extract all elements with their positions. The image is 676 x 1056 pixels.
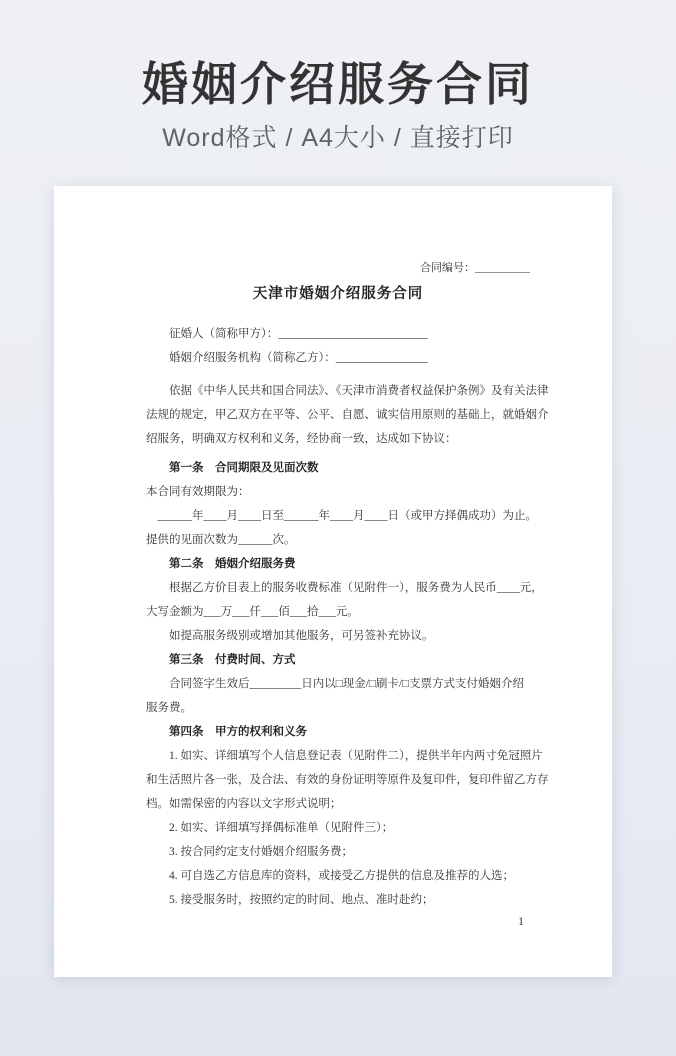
doc-line: 大写金额为___万___仟___佰___拾___元。 xyxy=(146,600,530,624)
poster-subtitle: Word格式 / A4大小 / 直接打印 xyxy=(0,118,676,154)
document-page: 合同编号：__________ 天津市婚姻介绍服务合同 征婚人（简称甲方）：__… xyxy=(54,186,612,977)
doc-line: 第四条 甲方的权利和义务 xyxy=(146,720,530,744)
poster-title: 婚姻介绍服务合同 xyxy=(0,56,676,112)
contract-number: 合同编号：__________ xyxy=(146,256,530,280)
doc-line: 4. 可自选乙方信息库的资料，或接受乙方提供的信息及推荐的人选； xyxy=(146,864,530,888)
doc-line: ______年____月____日至______年____月____日（或甲方择… xyxy=(146,504,530,528)
document-title: 天津市婚姻介绍服务合同 xyxy=(146,282,530,306)
doc-line: 如提高服务级别或增加其他服务，可另签补充协议。 xyxy=(146,624,530,648)
doc-line: 1. 如实、详细填写个人信息登记表（见附件二），提供半年内两寸免冠照片 xyxy=(146,744,530,768)
doc-line: 绍服务，明确双方权利和义务，经协商一致，达成如下协议： xyxy=(146,427,530,451)
doc-line: 5. 接受服务时，按照约定的时间、地点、准时赴约； xyxy=(146,888,530,912)
doc-line: 婚姻介绍服务机构（简称乙方）：________________ xyxy=(146,346,530,370)
doc-line: 第一条 合同期限及见面次数 xyxy=(146,456,530,480)
doc-line: 征婚人（简称甲方）：__________________________ xyxy=(146,322,530,346)
doc-line: 服务费。 xyxy=(146,696,530,720)
poster-header: 婚姻介绍服务合同 Word格式 / A4大小 / 直接打印 xyxy=(0,0,676,154)
doc-line: 档。如需保密的内容以文字形式说明； xyxy=(146,792,530,816)
doc-line: 第三条 付费时间、方式 xyxy=(146,648,530,672)
doc-line: 2. 如实、详细填写择偶标准单（见附件三）； xyxy=(146,816,530,840)
doc-line: 第二条 婚姻介绍服务费 xyxy=(146,552,530,576)
page-number: 1 xyxy=(518,914,524,929)
doc-body: 征婚人（简称甲方）：__________________________婚姻介绍… xyxy=(146,322,530,912)
doc-line: 本合同有效期限为： xyxy=(146,480,530,504)
doc-line: 和生活照片各一张，及合法、有效的身份证明等原件及复印件，复印件留乙方存 xyxy=(146,768,530,792)
doc-line: 法规的规定，甲乙双方在平等、公平、自愿、诚实信用原则的基础上，就婚姻介 xyxy=(146,403,530,427)
doc-line: 3. 按合同约定支付婚姻介绍服务费； xyxy=(146,840,530,864)
doc-line: 提供的见面次数为______次。 xyxy=(146,528,530,552)
doc-line: 根据乙方价目表上的服务收费标准（见附件一），服务费为人民币____元， xyxy=(146,576,530,600)
doc-line: 合同签字生效后_________日内以□现金/□刷卡/□支票方式支付婚姻介绍 xyxy=(146,672,530,696)
doc-line: 依据《中华人民共和国合同法》、《天津市消费者权益保护条例》及有关法律 xyxy=(146,379,530,403)
